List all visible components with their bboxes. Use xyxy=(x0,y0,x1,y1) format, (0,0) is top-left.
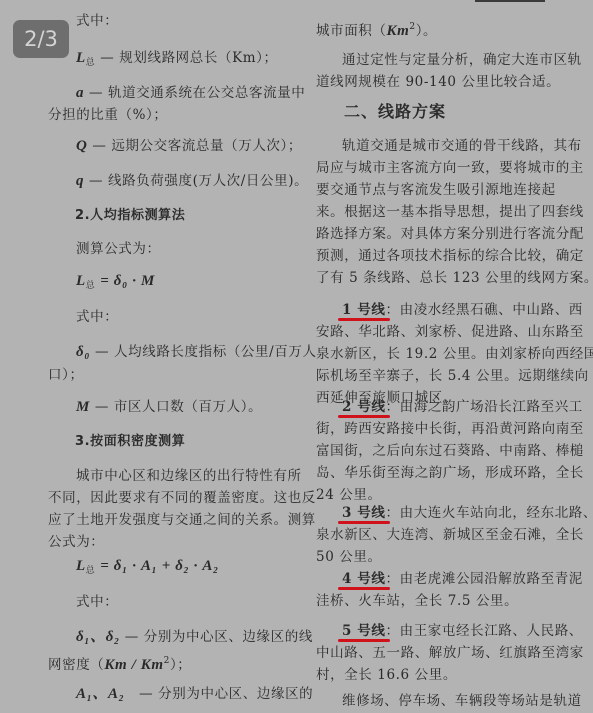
para-line: 中山路、五一路、解放广场、红旗路至湾家 xyxy=(316,642,584,664)
line-1-label: 1 号线 xyxy=(342,302,386,318)
heading-per-capita: 2.人均指标测算法 xyxy=(75,205,185,227)
q-total-definition: Q — 远期公交客流总量（万人次）； xyxy=(76,135,302,157)
para-line: 局应与城市主客流方向一致，要将城市的主 xyxy=(316,157,584,179)
formula-area-density: L总 = δ₁ · A₁ + δ₂ · A₂ xyxy=(76,555,219,582)
para-line: 50 公里。 xyxy=(316,546,382,568)
shizhong-label-2: 式中： xyxy=(76,306,118,328)
para-line: 路选择方案。对具体方案分别进行客流分配 xyxy=(316,223,584,245)
delta12-definition-cont: 网密度（Km / Km2）； xyxy=(48,650,191,676)
delta0-definition-cont: 口）； xyxy=(48,364,84,386)
formula-intro: 测算公式为： xyxy=(76,238,161,260)
para-line: 泉水新区、大连湾、新城区至金石滩，全长 xyxy=(316,524,584,546)
para-line: 村，全长 16.6 公里。 xyxy=(316,664,457,686)
para-line: 来。根据这一基本指导思想，提出了四套线 xyxy=(316,201,584,223)
para-line: 洼桥、火车站，全长 7.5 公里。 xyxy=(316,590,518,612)
para-line: 维修场、停车场、车辆段等场站是轨道 xyxy=(342,690,582,712)
l-total-definition: L总 — 规划线路网总长（Km）； xyxy=(76,47,278,74)
para-line: 不同，因此要求有不同的覆盖密度。这也反 xyxy=(48,487,316,509)
para-line: 城市中心区和边缘区的出行特性有所 xyxy=(76,465,302,487)
para-line: 街，跨西安路接中长街，再沿黄河路向南至 xyxy=(316,418,584,440)
para-line: 应了土地开发强度与交通之间的关系。测算 xyxy=(48,509,316,531)
para-line: 富国街，之后向东过石葵路、中南路、棒槌 xyxy=(316,440,584,462)
m-definition: M — 市区人口数（百万人）。 xyxy=(76,396,262,418)
page-indicator: 2/3 xyxy=(13,20,69,58)
q-load-definition: q — 线路负荷强度(万人次/日公里)。 xyxy=(76,170,308,192)
shizhong-label-3: 式中： xyxy=(76,591,118,613)
line-3-label: 3 号线 xyxy=(342,505,386,521)
line-5-label: 5 号线 xyxy=(342,623,386,639)
para-line: 道线网规模在 90-140 公里比较合适。 xyxy=(316,71,560,93)
section-title: 二、线路方案 xyxy=(344,101,446,123)
area-line: 城市面积（Km2）。 xyxy=(316,16,437,42)
heading-area-density: 3.按面积密度测算 xyxy=(75,431,185,453)
a-definition: a — 轨道交通系统在公交总客流量中 xyxy=(76,82,305,104)
line-3-entry: 3 号线：由大连火车站向北，经东北路、 xyxy=(342,502,593,524)
line-5-entry: 5 号线：由王家屯经长江路、人民路、 xyxy=(342,620,583,642)
para-line: 际机场至辛寨子，长 5.4 公里。远期继续向 xyxy=(316,365,589,387)
line-2-label: 2 号线 xyxy=(342,399,386,415)
line-1-entry: 1 号线：由凌水经黑石礁、中山路、西 xyxy=(342,299,583,321)
a12-definition: A₁、A₂ — 分别为中心区、边缘区的 xyxy=(76,683,313,705)
line-2-entry: 2 号线：由海之韵广场沿长江路至兴工 xyxy=(342,396,583,418)
a-definition-cont: 分担的比重（%）； xyxy=(48,104,167,126)
document-page: 2/3 式中： L总 — 规划线路网总长（Km）； a — 轨道交通系统在公交总… xyxy=(0,0,593,713)
line-4-entry: 4 号线：由老虎滩公园沿解放路至青泥 xyxy=(342,568,583,590)
para-line: 了有 5 条线路、总长 123 公里的线网方案。 xyxy=(316,267,593,289)
para-line: 轨道交通是城市交通的骨干线路，其布 xyxy=(342,135,582,157)
para-line: 岛、华乐街至海之韵广场，形成环路，全长 xyxy=(316,462,584,484)
delta0-definition: δ₀ — 人均线路长度指标（公里/百万人 xyxy=(76,341,317,363)
para-line: 公式为： xyxy=(48,531,104,553)
para-line: 安路、华北路、刘家桥、促进路、山东路至 xyxy=(316,321,584,343)
para-line: 通过定性与定量分析，确定大连市区轨 xyxy=(342,49,582,71)
delta12-definition: δ₁、δ₂ — 分别为中心区、边缘区的线 xyxy=(76,626,313,648)
para-line: 泉水新区，长 19.2 公里。由刘家桥向西经国 xyxy=(316,343,593,365)
formula-per-capita: L总 = δ₀ · M xyxy=(76,270,155,297)
para-line: 要交通节点与客流发生吸引源地连接起 xyxy=(316,179,556,201)
top-bar xyxy=(475,0,545,2)
shizhong-label: 式中： xyxy=(76,10,118,32)
para-line: 预测，通过各项技术指标的综合比较，确定 xyxy=(316,245,584,267)
line-4-label: 4 号线 xyxy=(342,571,386,587)
